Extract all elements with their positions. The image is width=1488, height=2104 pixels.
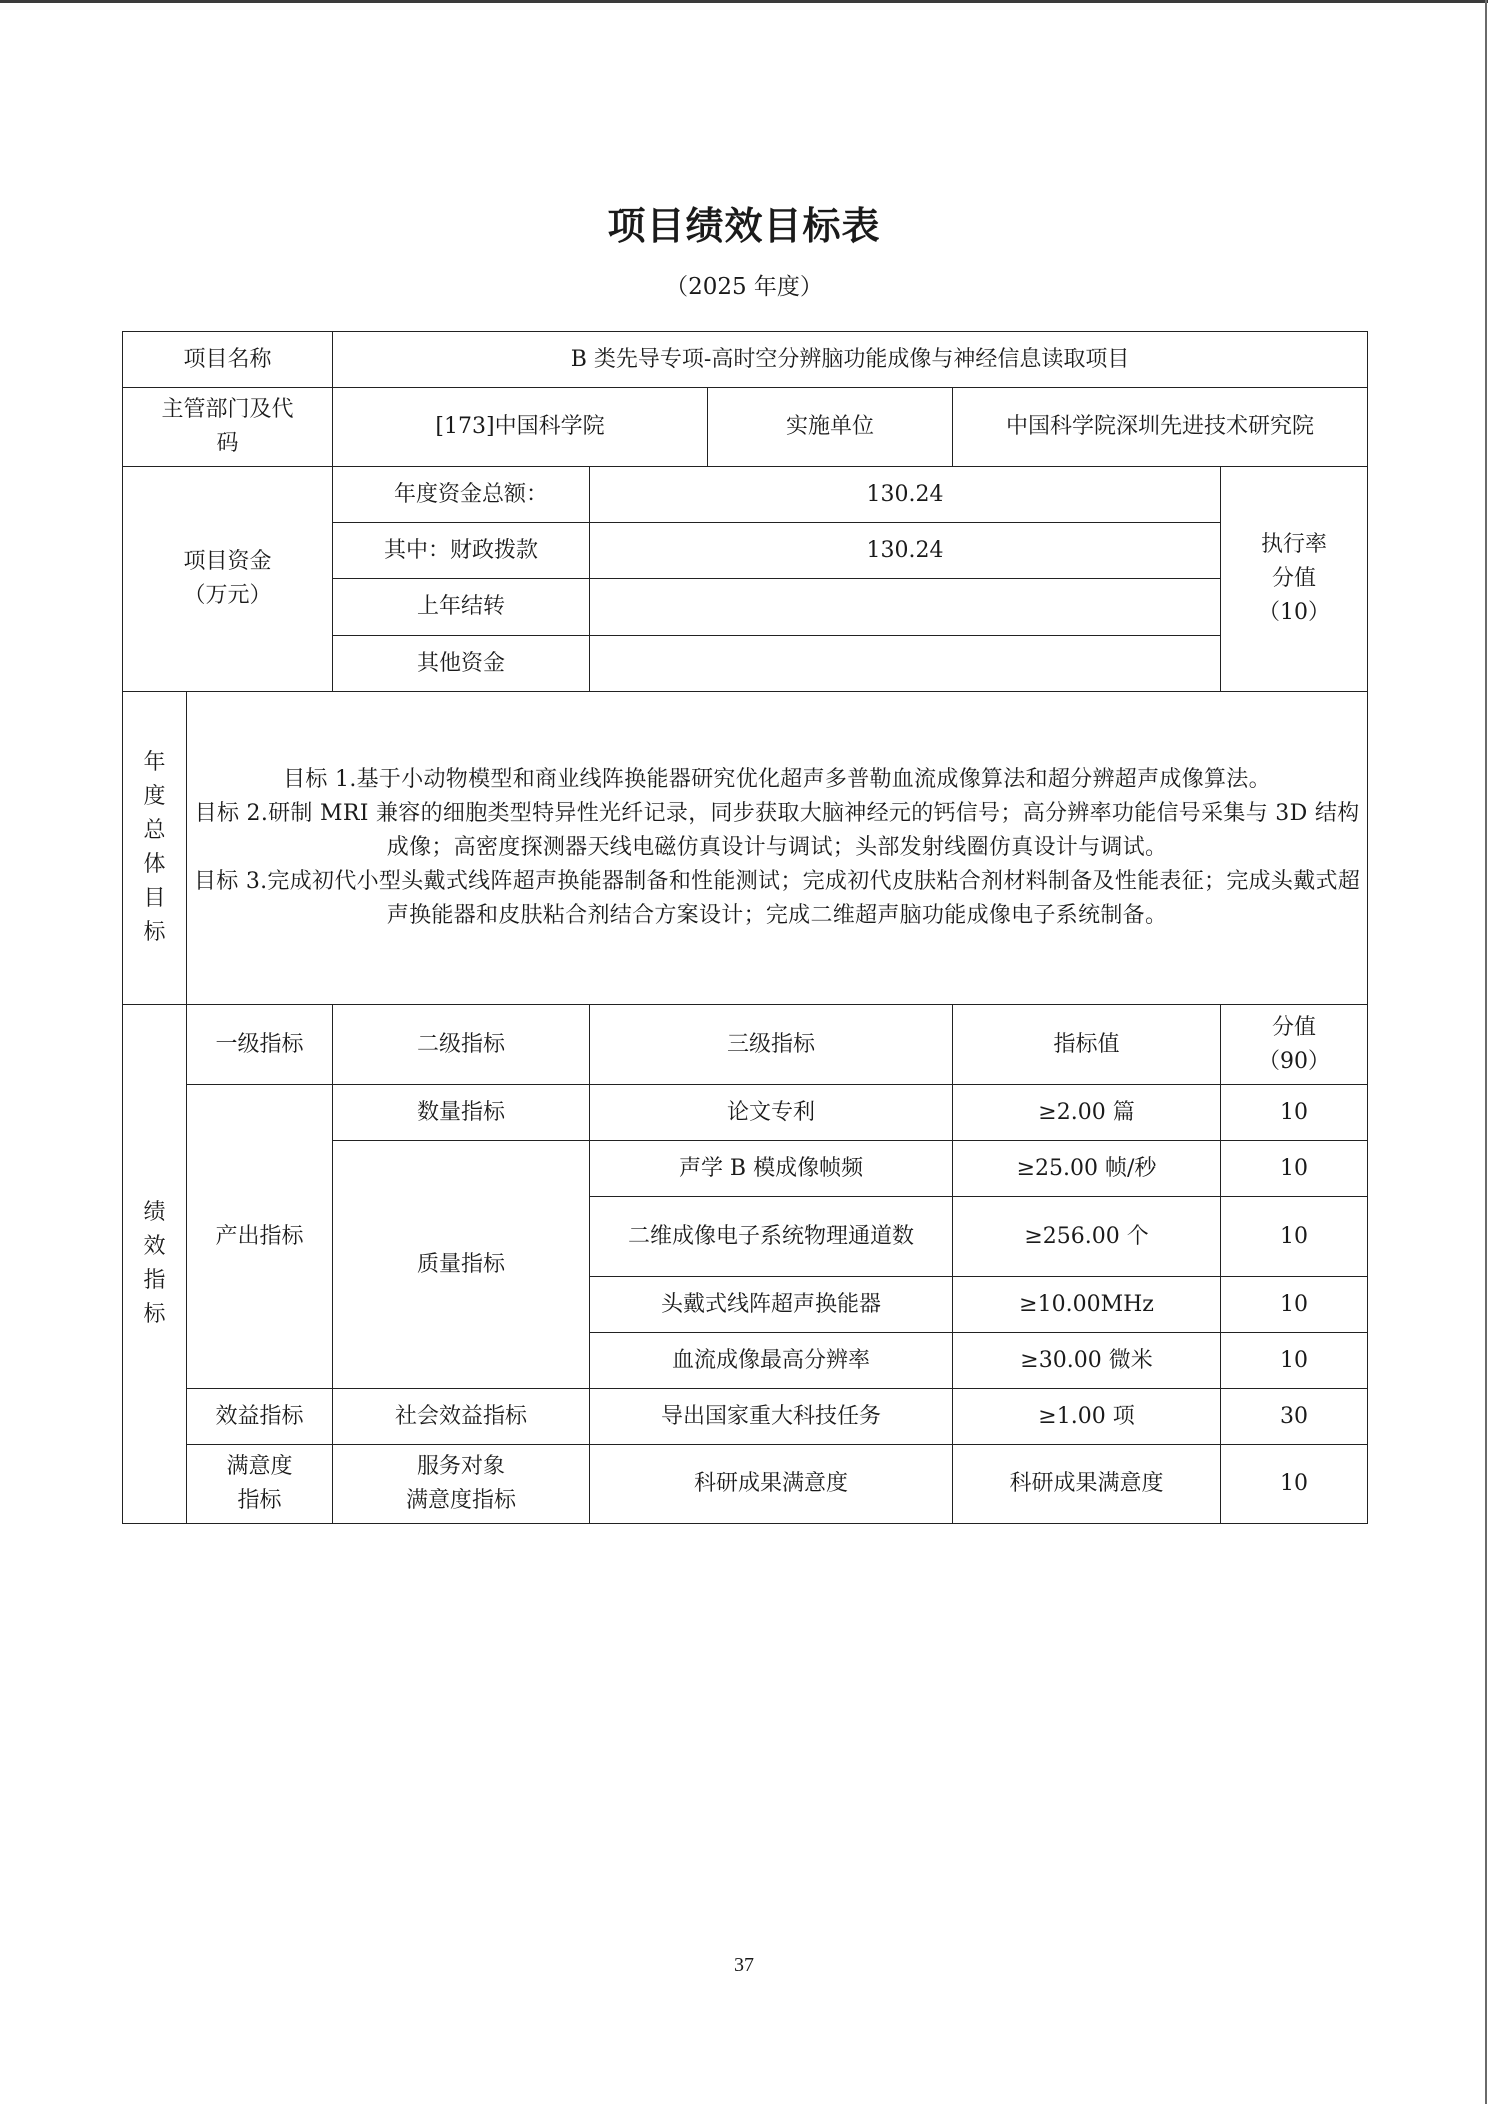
implementing-unit-label: 实施单位 xyxy=(708,388,953,467)
indicator-score: 10 xyxy=(1221,1333,1368,1389)
group-quality: 质量指标 xyxy=(333,1141,590,1389)
objectives-row: 年 度 总 体 目 标 目标 1.基于小动物模型和商业线阵换能器研究优化超声多普… xyxy=(123,692,1368,1005)
group-satisfaction: 满意度 指标 xyxy=(187,1445,333,1524)
indicator-score: 10 xyxy=(1221,1445,1368,1524)
header-level3: 三级指标 xyxy=(590,1005,953,1085)
objectives-label-char: 目 xyxy=(129,882,180,916)
indicators-label: 绩 效 指 标 xyxy=(123,1005,187,1524)
objectives-label-char: 总 xyxy=(129,814,180,848)
department-label-line1: 主管部门及代 xyxy=(129,393,326,427)
page-title: 项目绩效目标表 xyxy=(0,198,1488,254)
objective-item-3: 目标 3.完成初代小型头戴式线阵超声换能器制备和性能测试；完成初代皮肤粘合剂材料… xyxy=(193,865,1361,933)
implementing-unit-value: 中国科学院深圳先进技术研究院 xyxy=(953,388,1368,467)
funding-label-line1: 项目资金 xyxy=(129,545,326,579)
page-subtitle: （2025 年度） xyxy=(0,270,1488,304)
page-top-edge xyxy=(0,0,1488,3)
header-level2: 二级指标 xyxy=(333,1005,590,1085)
execution-rate-score-label: 执行率 分值 （10） xyxy=(1221,467,1368,692)
header-score-line1: 分值 xyxy=(1227,1011,1361,1045)
indicators-label-char: 效 xyxy=(129,1230,180,1264)
department-row: 主管部门及代 码 [173]中国科学院 实施单位 中国科学院深圳先进技术研究院 xyxy=(123,388,1368,467)
indicator-score: 10 xyxy=(1221,1277,1368,1333)
group-satisfaction-line2: 指标 xyxy=(193,1484,326,1518)
group-satisfaction-line1: 满意度 xyxy=(193,1450,326,1484)
indicator-score: 30 xyxy=(1221,1389,1368,1445)
funding-other-value xyxy=(590,636,1221,692)
group-service-line2: 满意度指标 xyxy=(339,1484,583,1518)
execution-rate-line3: （10） xyxy=(1227,596,1361,630)
objectives-content: 目标 1.基于小动物模型和商业线阵换能器研究优化超声多普勒血流成像算法和超分辨超… xyxy=(187,692,1368,1005)
indicators-label-char: 指 xyxy=(129,1264,180,1298)
indicator-value: ≥1.00 项 xyxy=(953,1389,1221,1445)
objectives-label: 年 度 总 体 目 标 xyxy=(123,692,187,1005)
indicator-level3: 二维成像电子系统物理通道数 xyxy=(590,1197,953,1277)
objectives-label-char: 度 xyxy=(129,780,180,814)
performance-target-table: 项目名称 B 类先导专项-高时空分辨脑功能成像与神经信息读取项目 主管部门及代 … xyxy=(122,331,1368,1524)
objective-item-1: 目标 1.基于小动物模型和商业线阵换能器研究优化超声多普勒血流成像算法和超分辨超… xyxy=(193,763,1361,797)
header-score: 分值 （90） xyxy=(1221,1005,1368,1085)
indicator-level3: 科研成果满意度 xyxy=(590,1445,953,1524)
execution-rate-line1: 执行率 xyxy=(1227,528,1361,562)
department-label: 主管部门及代 码 xyxy=(123,388,333,467)
funding-label-line2: （万元） xyxy=(129,579,326,613)
indicator-value: ≥25.00 帧/秒 xyxy=(953,1141,1221,1197)
project-name-label: 项目名称 xyxy=(123,332,333,388)
funding-other-label: 其他资金 xyxy=(333,636,590,692)
group-service-satisfaction: 服务对象 满意度指标 xyxy=(333,1445,590,1524)
indicators-label-char: 标 xyxy=(129,1298,180,1332)
indicator-level3: 论文专利 xyxy=(590,1085,953,1141)
indicator-score: 10 xyxy=(1221,1085,1368,1141)
indicator-row: 满意度 指标 服务对象 满意度指标 科研成果满意度 科研成果满意度 10 xyxy=(123,1445,1368,1524)
indicator-level3: 头戴式线阵超声换能器 xyxy=(590,1277,953,1333)
indicator-score: 10 xyxy=(1221,1141,1368,1197)
project-name-row: 项目名称 B 类先导专项-高时空分辨脑功能成像与神经信息读取项目 xyxy=(123,332,1368,388)
indicators-header-row: 绩 效 指 标 一级指标 二级指标 三级指标 指标值 分值 （90） xyxy=(123,1005,1368,1085)
indicator-level3: 血流成像最高分辨率 xyxy=(590,1333,953,1389)
project-name-value: B 类先导专项-高时空分辨脑功能成像与神经信息读取项目 xyxy=(333,332,1368,388)
funding-fiscal-label: 其中：财政拨款 xyxy=(333,523,590,579)
department-value: [173]中国科学院 xyxy=(333,388,708,467)
indicator-level3: 导出国家重大科技任务 xyxy=(590,1389,953,1445)
funding-carryover-value xyxy=(590,579,1221,636)
header-value: 指标值 xyxy=(953,1005,1221,1085)
objectives-label-char: 年 xyxy=(129,746,180,780)
department-label-line2: 码 xyxy=(129,427,326,461)
indicator-level3: 声学 B 模成像帧频 xyxy=(590,1141,953,1197)
indicator-value: ≥256.00 个 xyxy=(953,1197,1221,1277)
indicator-value: ≥2.00 篇 xyxy=(953,1085,1221,1141)
funding-carryover-label: 上年结转 xyxy=(333,579,590,636)
indicator-row: 产出指标 数量指标 论文专利 ≥2.00 篇 10 xyxy=(123,1085,1368,1141)
funding-fiscal-value: 130.24 xyxy=(590,523,1221,579)
indicator-value: ≥30.00 微米 xyxy=(953,1333,1221,1389)
indicator-score: 10 xyxy=(1221,1197,1368,1277)
indicator-value: ≥10.00MHz xyxy=(953,1277,1221,1333)
indicators-label-char: 绩 xyxy=(129,1196,180,1230)
group-output: 产出指标 xyxy=(187,1085,333,1389)
funding-total-label: 年度资金总额： xyxy=(333,467,590,523)
funding-total-value: 130.24 xyxy=(590,467,1221,523)
funding-label: 项目资金 （万元） xyxy=(123,467,333,692)
header-score-line2: （90） xyxy=(1227,1045,1361,1079)
funding-row-total: 项目资金 （万元） 年度资金总额： 130.24 执行率 分值 （10） xyxy=(123,467,1368,523)
group-service-line1: 服务对象 xyxy=(339,1450,583,1484)
group-benefit: 效益指标 xyxy=(187,1389,333,1445)
page-number: 37 xyxy=(0,1954,1488,1977)
header-level1: 一级指标 xyxy=(187,1005,333,1085)
execution-rate-line2: 分值 xyxy=(1227,562,1361,596)
indicator-value: 科研成果满意度 xyxy=(953,1445,1221,1524)
objectives-label-char: 标 xyxy=(129,916,180,950)
objective-item-2: 目标 2.研制 MRI 兼容的细胞类型特异性光纤记录，同步获取大脑神经元的钙信号… xyxy=(193,797,1361,865)
indicator-row: 效益指标 社会效益指标 导出国家重大科技任务 ≥1.00 项 30 xyxy=(123,1389,1368,1445)
group-quantity: 数量指标 xyxy=(333,1085,590,1141)
group-social-benefit: 社会效益指标 xyxy=(333,1389,590,1445)
page-right-edge xyxy=(1485,0,1487,2104)
objectives-label-char: 体 xyxy=(129,848,180,882)
